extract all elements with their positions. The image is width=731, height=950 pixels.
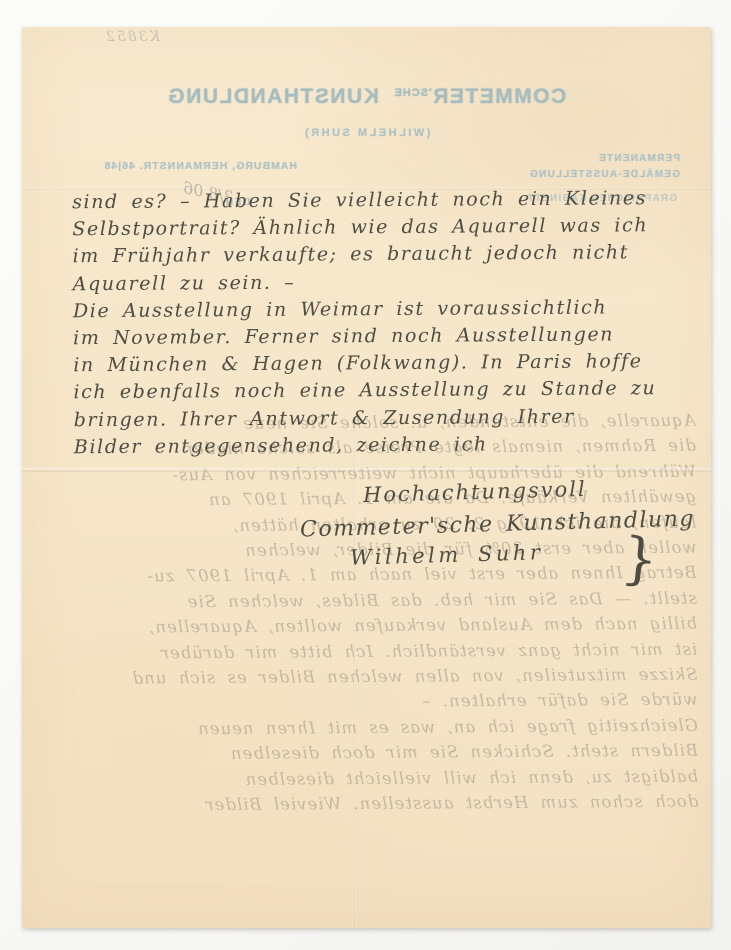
fold-crease-vertical — [352, 427, 354, 928]
scan-background: K3852 COMMETER'SCHE KUNSTHANDLUNG (WILHE… — [0, 0, 731, 950]
letter-body-line: ich ebenfalls noch eine Ausstellung zu S… — [73, 375, 713, 407]
fold-crease-horizontal — [22, 468, 711, 472]
letter-paper: K3852 COMMETER'SCHE KUNSTHANDLUNG (WILHE… — [22, 27, 711, 928]
signature-flourish: } — [619, 525, 661, 593]
bleed-handwriting-line: doch schon zum Herbst ausstellen. Wievie… — [38, 789, 698, 819]
letterhead-address: HAMBURG, HERMANNSTR. 46|48 — [104, 160, 297, 172]
bleed-through-layer: K3852 COMMETER'SCHE KUNSTHANDLUNG (WILHE… — [22, 27, 711, 928]
letter-body-line: im Frühjahr verkaufte; es braucht jedoch… — [72, 239, 712, 271]
letterhead-title: COMMETER'SCHE KUNSTHANDLUNG — [22, 85, 711, 109]
letterhead-exhibition-block: PERMANENTE GEMÄLDE-AUSSTELLUNG — [529, 151, 680, 183]
letterhead-title-sche: 'SCHE — [394, 87, 432, 99]
letterhead-subtitle: (WILHELM SUHR) — [22, 127, 711, 139]
letter-body-line: Bilder entgegensehend, zeichne ich — [74, 430, 714, 462]
letterhead-title-kunsthandlung: KUNSTHANDLUNG — [167, 85, 379, 108]
letterhead-title-commeter: COMMETER — [432, 85, 567, 108]
inventory-mark: K3852 — [104, 29, 160, 45]
letterhead-permanente: PERMANENTE — [529, 151, 680, 167]
letterhead-gemaelde-ausstellung: GEMÄLDE-AUSSTELLUNG — [529, 167, 680, 183]
letter-body: sind es? – Haben Sie vielleicht noch ein… — [72, 185, 714, 461]
